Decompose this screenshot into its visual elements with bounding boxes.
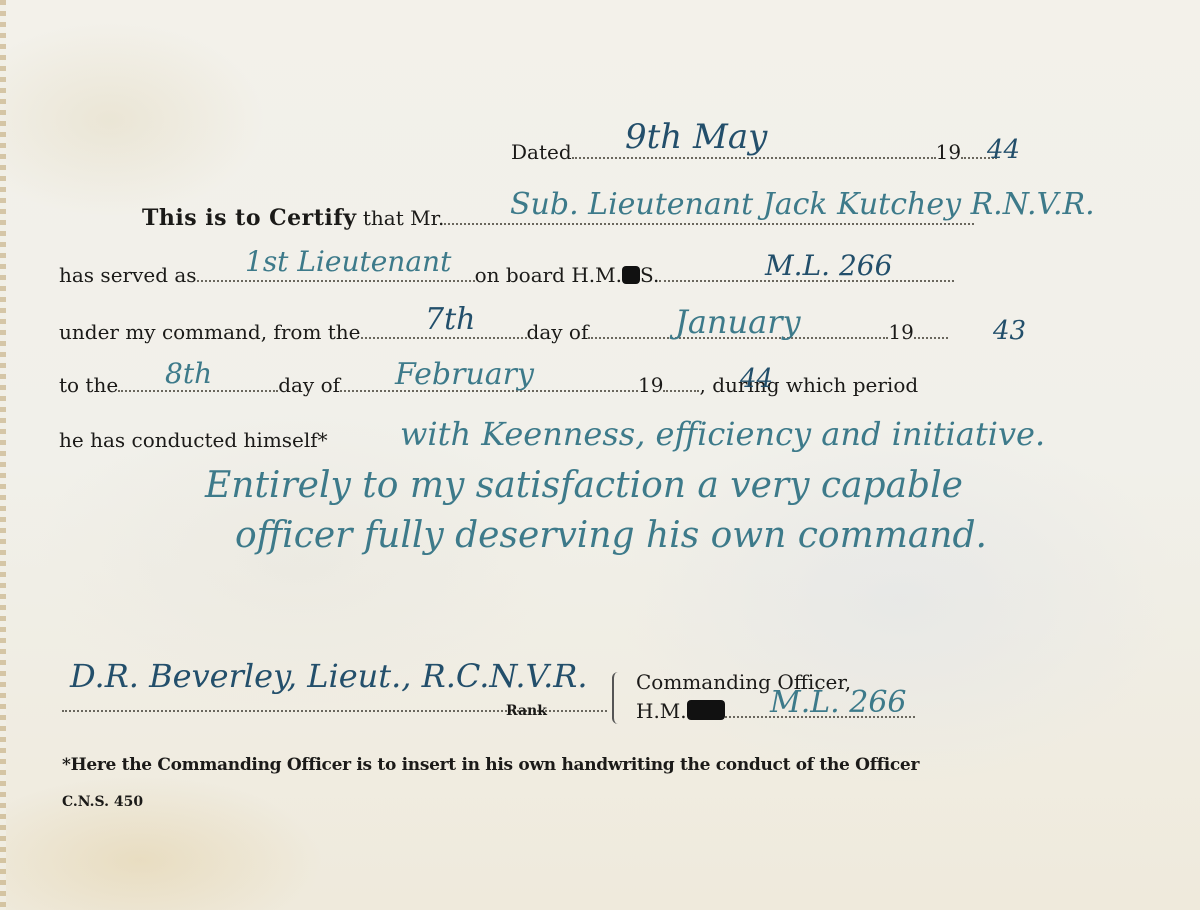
to-tail-text: , during which period [699,373,918,397]
perforated-edge [0,0,6,910]
to-year-prefix: 19 [638,373,663,397]
signature-ship-prefix: H.M. [636,699,687,723]
conduct-line: he has conducted himself* [59,430,328,450]
signature-ship-handwritten: M.L. 266 [770,688,907,718]
from-day-handwritten: 7th [425,305,475,335]
dated-label: Dated [511,140,572,164]
certify-that-label: that Mr. [363,206,444,230]
served-as-label: has served as [59,263,197,287]
conduct-label: he has conducted himself* [59,428,328,452]
to-month-handwritten: February [395,360,534,390]
to-day-handwritten: 8th [165,360,212,388]
to-year-field[interactable] [663,388,699,392]
from-month-handwritten: January [675,306,801,338]
conduct-handwritten-line-2: Entirely to my satisfaction a very capab… [205,468,963,504]
to-year-handwritten: 44 [740,366,773,392]
certify-heading: This is to Certify [142,205,357,231]
to-label: to the [59,373,118,397]
served-ship-handwritten: M.L. 266 [765,252,892,280]
dated-year-handwritten: 44 [987,137,1020,163]
from-year-field[interactable] [914,335,948,339]
form-number: C.N.S. 450 [62,795,143,809]
served-rank-field[interactable] [197,278,475,282]
from-label: under my command, from the [59,320,361,344]
redacted-mark [687,700,725,720]
from-line: under my command, from theday of19 [59,322,948,342]
conduct-handwritten-line-1: with Keenness, efficiency and initiative… [400,418,1045,450]
from-year-handwritten: 43 [993,318,1026,344]
from-day-of-label: day of [527,320,589,344]
dated-year-prefix: 19 [936,140,961,164]
ship-suffix: S. [640,263,659,287]
signature-brace [612,672,620,724]
officer-name-handwritten: Sub. Lieutenant Jack Kutchey R.N.V.R. [510,190,1095,220]
rank-label: Rank [506,704,547,718]
on-board-label: on board H.M. [475,263,622,287]
signature-handwritten: D.R. Beverley, Lieut., R.C.N.V.R. [70,660,588,692]
served-rank-handwritten: 1st Lieutenant [245,248,451,276]
from-year-prefix: 19 [888,320,913,344]
to-day-of-label: day of [278,373,340,397]
footnote: *Here the Commanding Officer is to inser… [62,757,919,774]
conduct-handwritten-line-3: officer fully deserving his own command. [235,518,987,554]
redacted-mark [622,266,640,284]
dated-day-month-handwritten: 9th May [625,120,767,154]
